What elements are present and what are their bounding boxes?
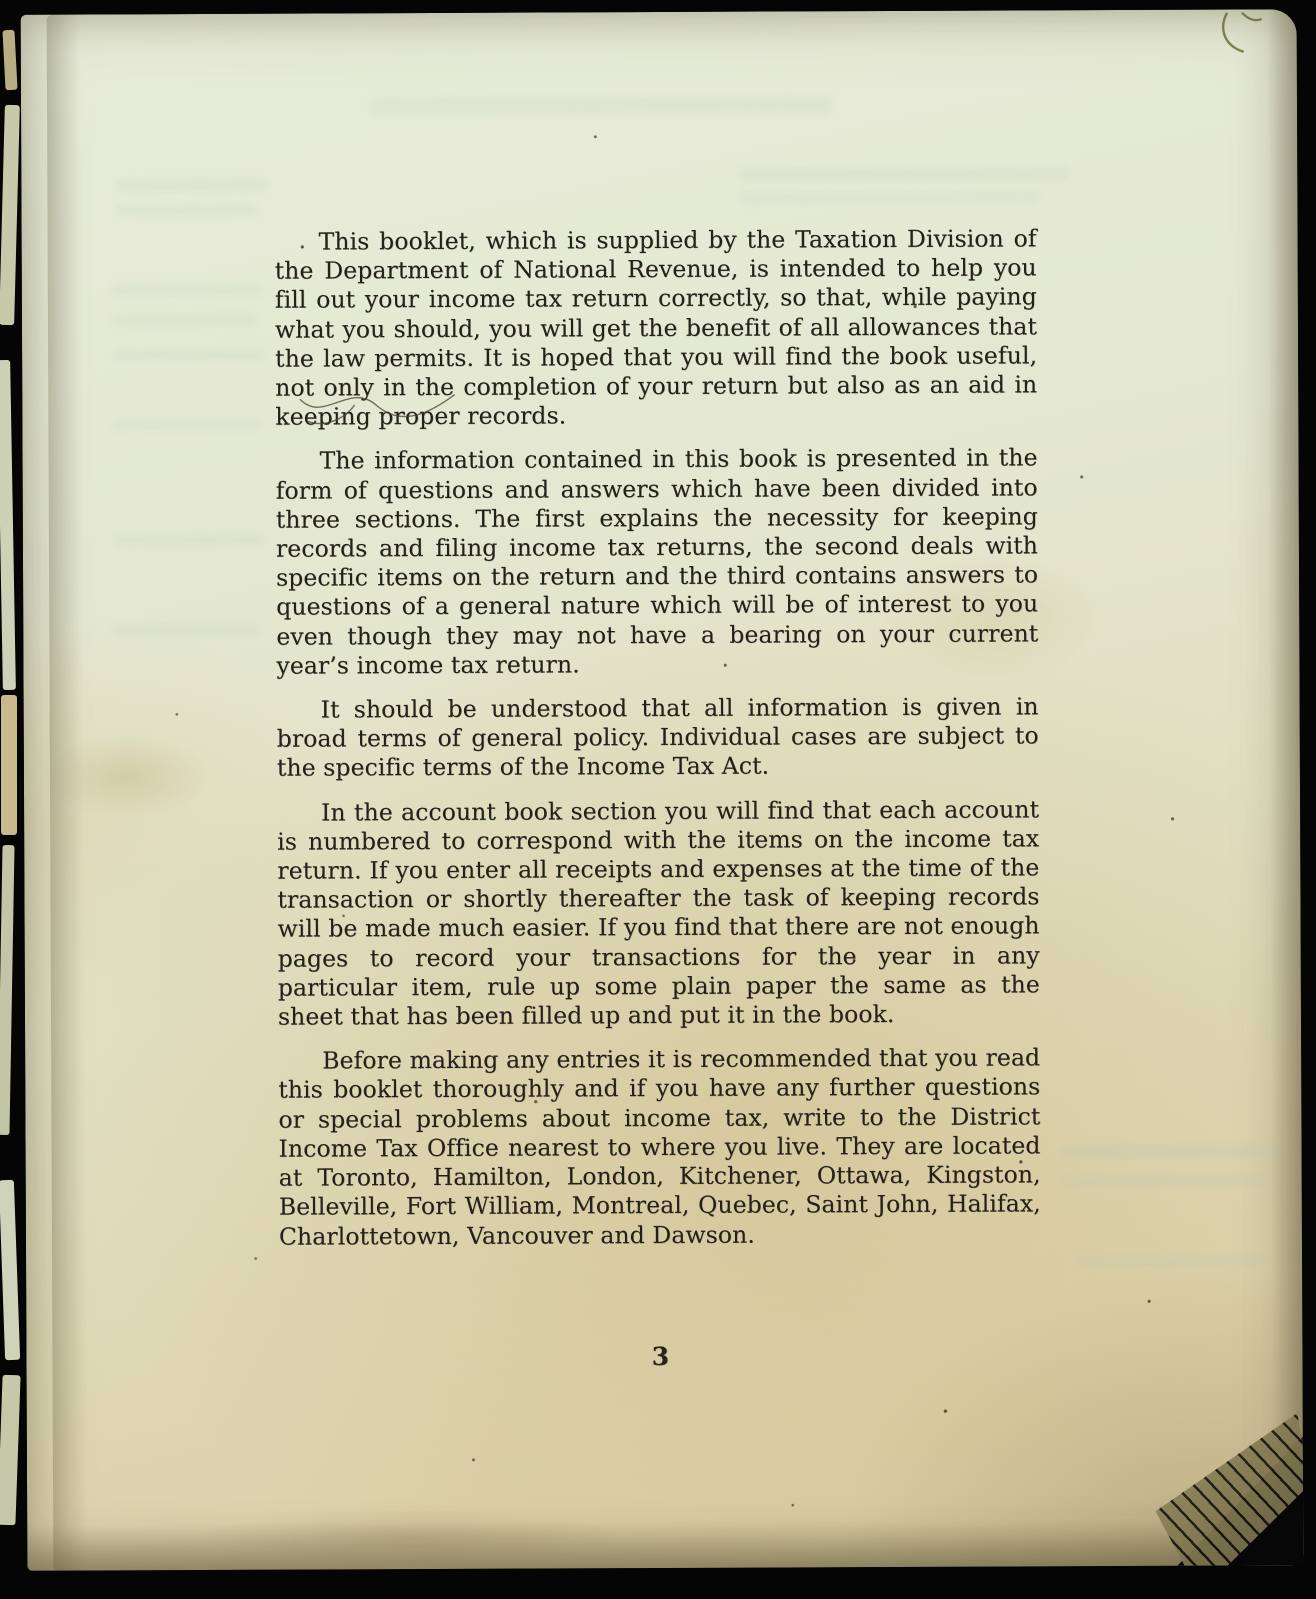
bleed-through-mark xyxy=(115,534,265,547)
booklet-page: This booklet, which is supplied by the T… xyxy=(21,9,1304,1571)
bleed-through-mark xyxy=(739,190,1039,204)
bleed-through-mark xyxy=(112,419,260,432)
bleed-through-mark xyxy=(116,179,266,193)
bleed-through-mark xyxy=(1061,1144,1286,1158)
corner-crease-mark xyxy=(1199,11,1269,81)
bleed-through-mark xyxy=(1061,1174,1271,1187)
bleed-through-mark xyxy=(1076,1254,1266,1267)
torn-page-fragment xyxy=(0,845,15,1135)
corner-tear-gap xyxy=(1123,1370,1304,1566)
bleed-through-mark xyxy=(114,349,264,362)
bleed-through-mark xyxy=(371,96,831,115)
torn-page-fragment xyxy=(0,1375,21,1526)
bottom-edge-shading xyxy=(27,1519,1303,1571)
corner-fold-flap xyxy=(1123,1370,1304,1566)
bleed-through-mark xyxy=(112,314,257,327)
dog-eared-corner xyxy=(1123,1370,1304,1566)
bleed-through-mark xyxy=(116,204,256,217)
paragraph-account-book: In the account book section you will fin… xyxy=(277,795,1040,1032)
torn-page-fragment xyxy=(0,105,20,325)
paragraph-disclaimer: It should be understood that all informa… xyxy=(277,692,1039,783)
paragraph-structure: The information contained in this book i… xyxy=(276,444,1039,681)
torn-page-fragment xyxy=(1,695,17,835)
paragraph-district-offices: Before making any entries it is recommen… xyxy=(278,1044,1041,1252)
page-text-block: This booklet, which is supplied by the T… xyxy=(275,224,1042,1266)
torn-page-fragment xyxy=(2,30,17,91)
bleed-through-mark xyxy=(113,624,258,637)
photo-backdrop: This booklet, which is supplied by the T… xyxy=(0,0,1316,1599)
bleed-through-mark xyxy=(739,166,1069,181)
right-edge-shading xyxy=(1267,9,1304,1565)
bleed-through-mark xyxy=(112,284,262,297)
page-number: 3 xyxy=(279,1340,1041,1372)
torn-page-fragment xyxy=(0,1180,20,1360)
paragraph-intro: This booklet, which is supplied by the T… xyxy=(275,224,1038,432)
spine-shading xyxy=(47,15,88,1571)
torn-page-fragment xyxy=(0,360,16,690)
